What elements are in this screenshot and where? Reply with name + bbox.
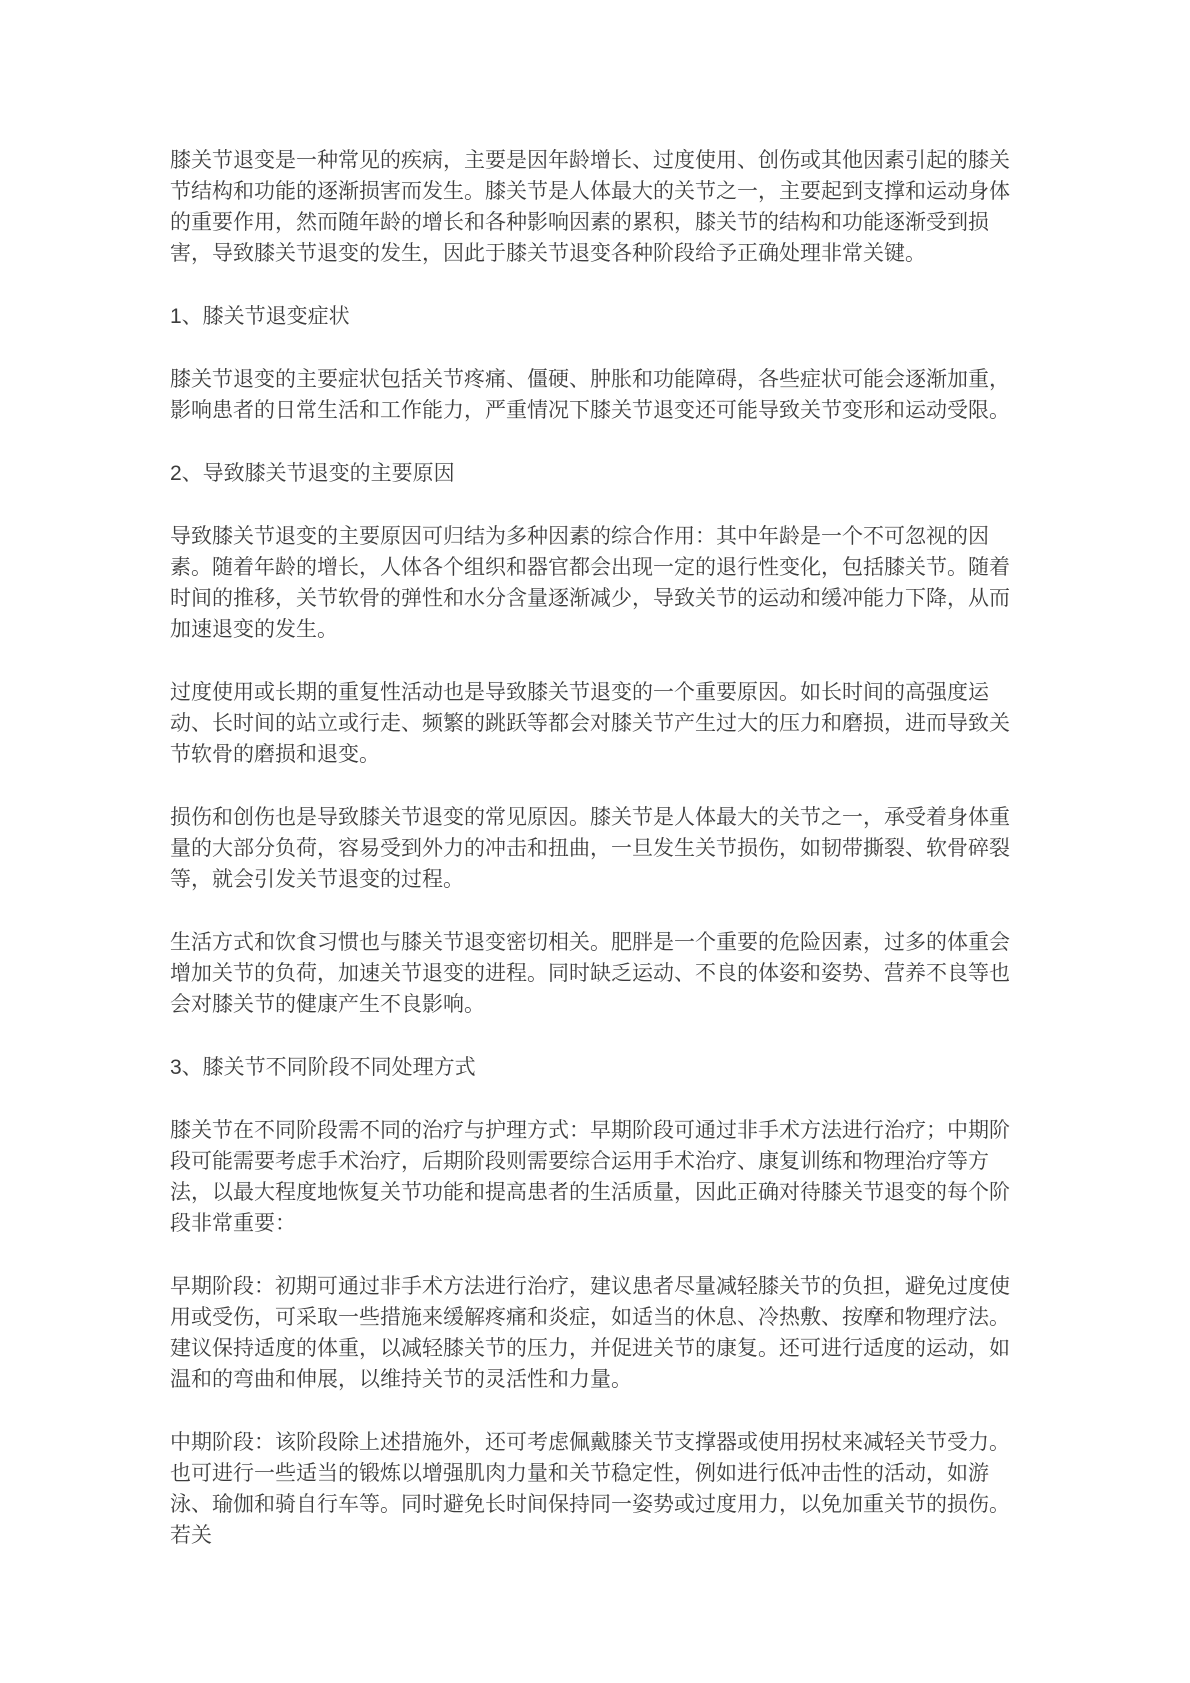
section-3-heading: 3、膝关节不同阶段不同处理方式 (170, 1052, 1022, 1083)
section-1-heading: 1、膝关节退变症状 (170, 301, 1022, 332)
intro-paragraph: 膝关节退变是一种常见的疾病，主要是因年龄增长、过度使用、创伤或其他因素引起的膝关… (170, 145, 1022, 269)
section-2-paragraph-3: 损伤和创伤也是导致膝关节退变的常见原因。膝关节是人体最大的关节之一，承受着身体重… (170, 802, 1022, 895)
section-3-paragraph-2: 早期阶段：初期可通过非手术方法进行治疗，建议患者尽量减轻膝关节的负担，避免过度使… (170, 1271, 1022, 1395)
section-3-paragraph-1: 膝关节在不同阶段需不同的治疗与护理方式：早期阶段可通过非手术方法进行治疗；中期阶… (170, 1115, 1022, 1239)
section-1-paragraph-1: 膝关节退变的主要症状包括关节疼痛、僵硬、肿胀和功能障碍，各些症状可能会逐渐加重，… (170, 364, 1022, 426)
document-page: 膝关节退变是一种常见的疾病，主要是因年龄增长、过度使用、创伤或其他因素引起的膝关… (0, 0, 1190, 1683)
section-2-paragraph-1: 导致膝关节退变的主要原因可归结为多种因素的综合作用：其中年龄是一个不可忽视的因素… (170, 521, 1022, 645)
section-2-paragraph-2: 过度使用或长期的重复性活动也是导致膝关节退变的一个重要原因。如长时间的高强度运动… (170, 677, 1022, 770)
section-3-paragraph-3: 中期阶段：该阶段除上述措施外，还可考虑佩戴膝关节支撑器或使用拐杖来减轻关节受力。… (170, 1427, 1022, 1551)
section-2-heading: 2、导致膝关节退变的主要原因 (170, 458, 1022, 489)
section-2-paragraph-4: 生活方式和饮食习惯也与膝关节退变密切相关。肥胖是一个重要的危险因素，过多的体重会… (170, 927, 1022, 1020)
